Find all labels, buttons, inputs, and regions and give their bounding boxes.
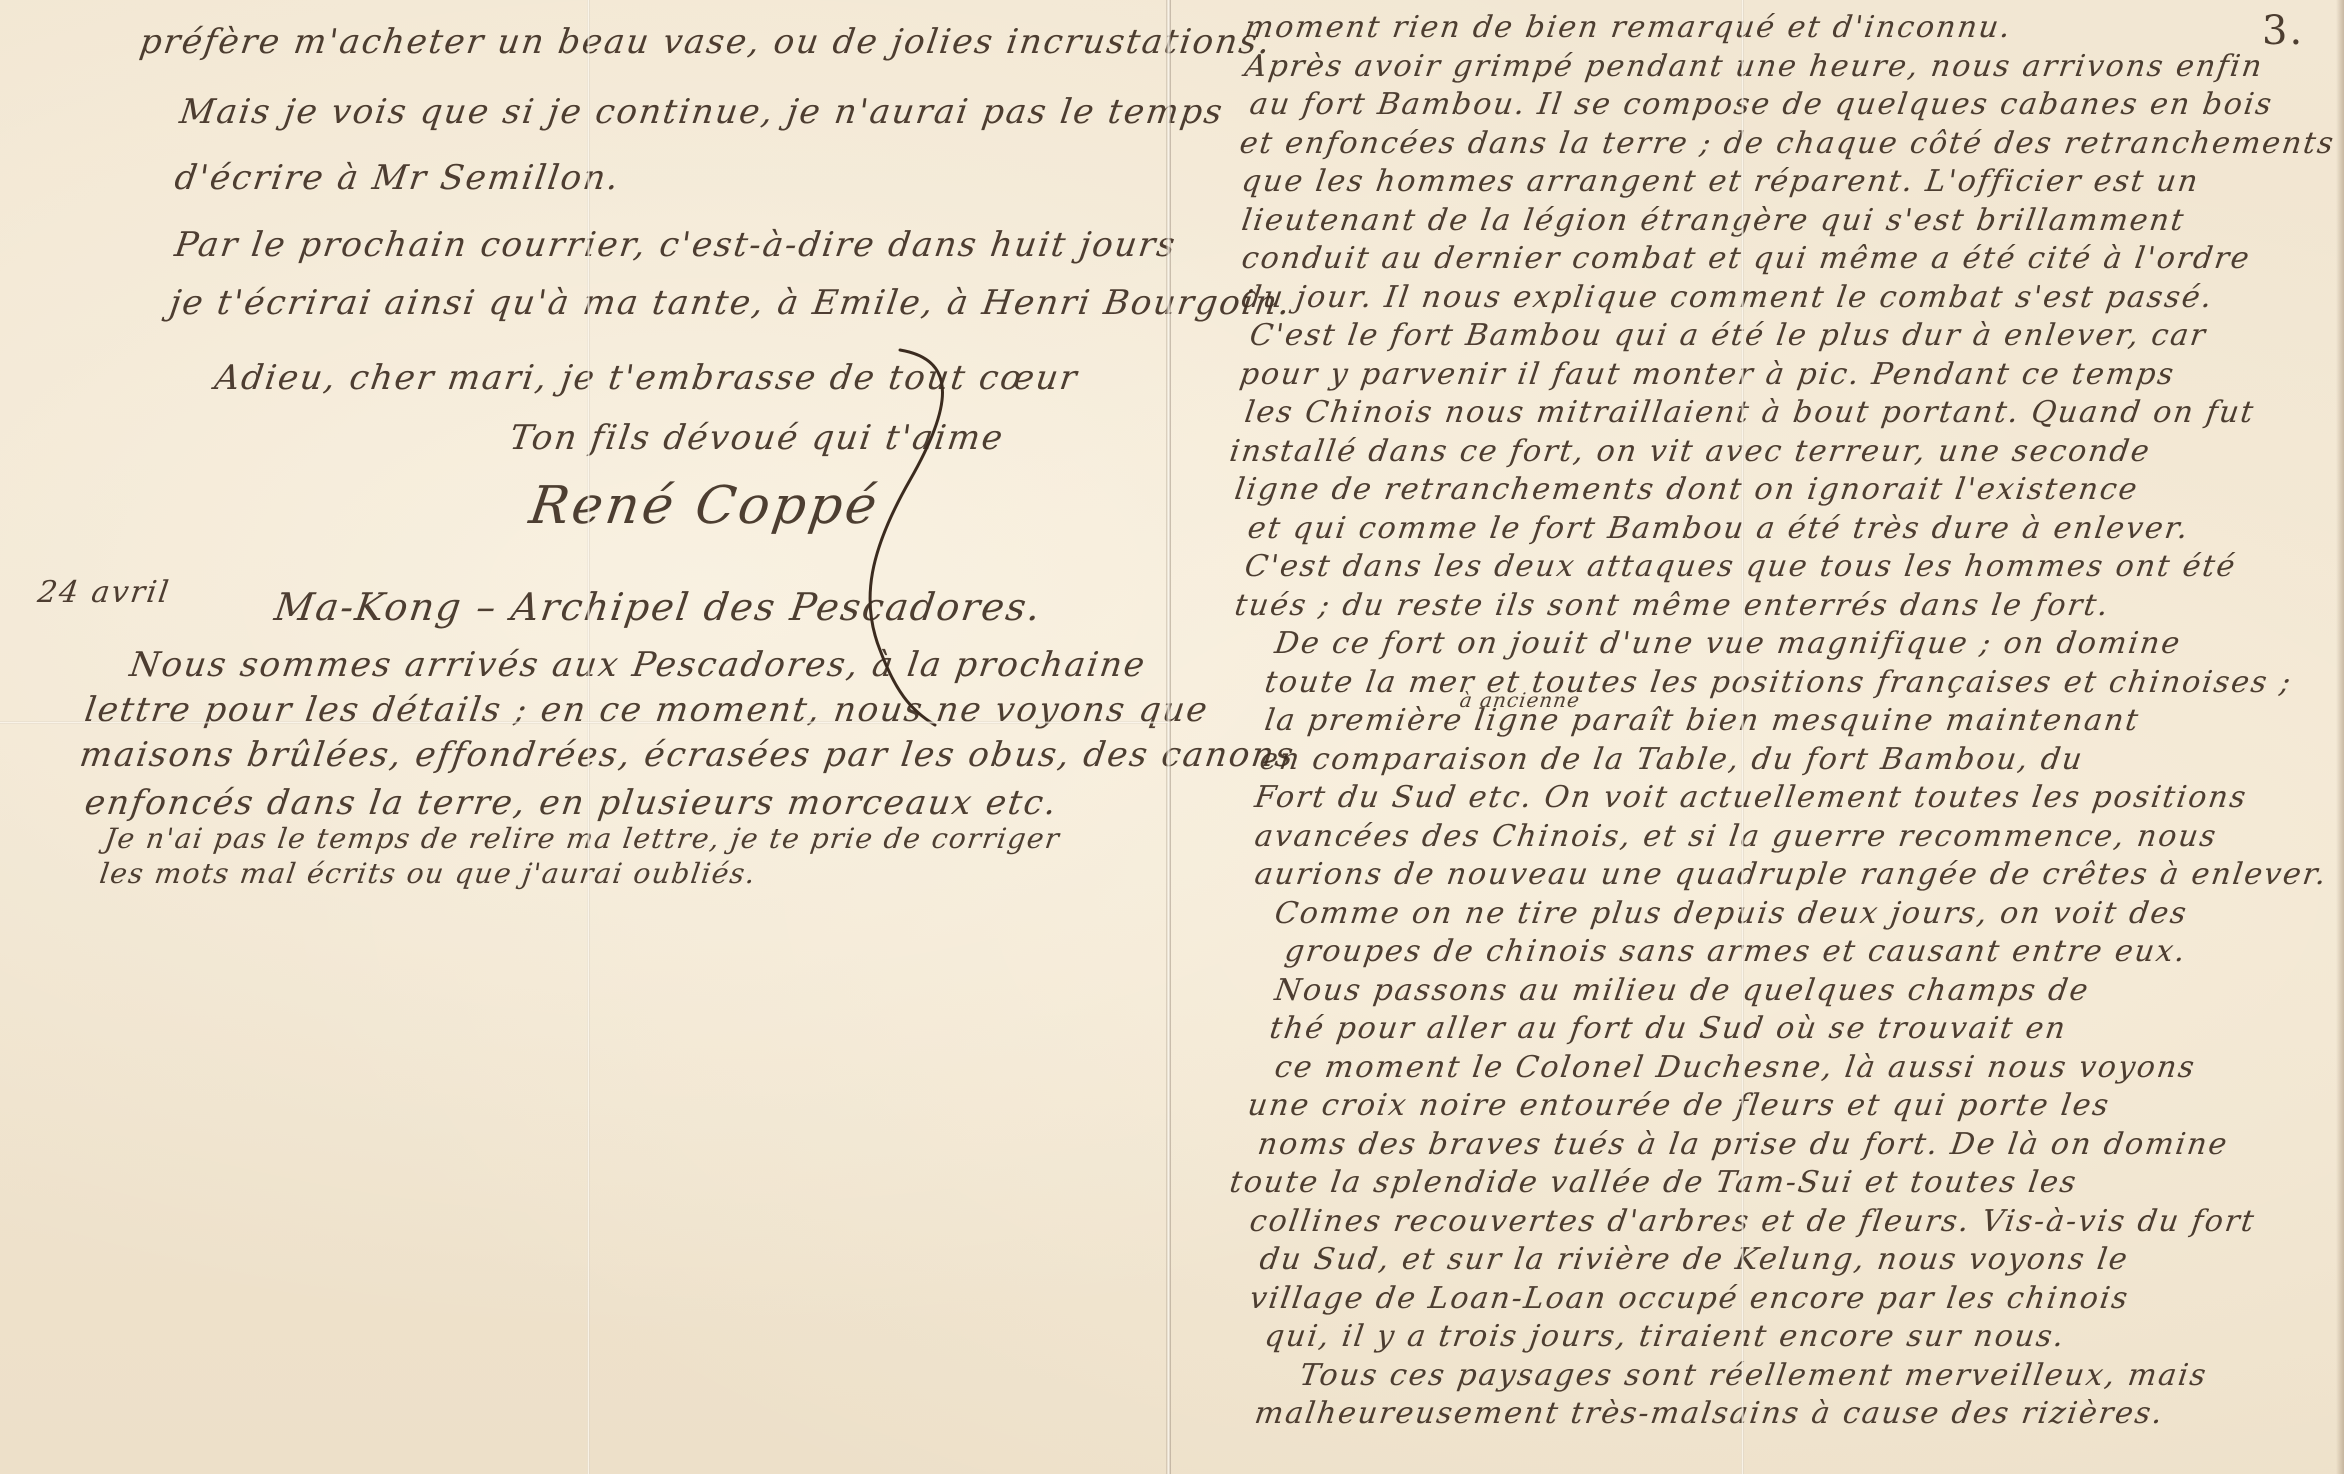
letter-scan: préfère m'acheter un beau vase, ou de jo… <box>0 0 2344 1474</box>
text-line: avancées des Chinois, et si la guerre re… <box>1253 819 2220 854</box>
text-line: malheureusement très-malsains à cause de… <box>1253 1396 2167 1431</box>
text-line: lieutenant de la légion étrangère qui s'… <box>1240 203 2188 238</box>
text-line: Nous passons au milieu de quelques champ… <box>1273 973 2092 1008</box>
text-line: en comparaison de la Table, du fort Bamb… <box>1258 742 2086 777</box>
text-line: au fort Bambou. Il se compose de quelque… <box>1248 87 2276 122</box>
text-line: que les hommes arrangent et réparent. L'… <box>1240 164 2202 199</box>
text-line: d'écrire à Mr Semillon. <box>172 158 623 198</box>
text-line: installé dans ce fort, on vit avec terre… <box>1228 434 2154 469</box>
text-line: moment rien de bien remarqué et d'inconn… <box>1243 10 2015 45</box>
text-line: je t'écrirai ainsi qu'à ma tante, à Emil… <box>167 283 1294 323</box>
text-line: et enfoncées dans la terre ; de chaque c… <box>1238 126 2338 161</box>
text-line: C'est le fort Bambou qui a été le plus d… <box>1248 318 2210 353</box>
paper-fold <box>1741 0 1744 1474</box>
text-line: thé pour aller au fort du Sud où se trou… <box>1268 1011 2070 1046</box>
text-line: la première ligne paraît bien mesquine m… <box>1263 703 2143 738</box>
text-line: Fort du Sud etc. On voit actuellement to… <box>1253 780 2250 815</box>
text-line: collines recouvertes d'arbres et de fleu… <box>1248 1204 2258 1239</box>
text-line: ce moment le Colonel Duchesne, là aussi … <box>1273 1050 2199 1085</box>
text-line: pour y parvenir il faut monter à pic. Pe… <box>1238 357 2178 392</box>
text-line: aurions de nouveau une quadruple rangée … <box>1253 857 2330 892</box>
text-line: toute la splendide vallée de Tam-Sui et … <box>1228 1165 2080 1200</box>
page-number: 3. <box>2262 8 2304 54</box>
text-line: toute la mer et toutes les positions fra… <box>1263 665 2295 700</box>
text-line: une croix noire entourée de fleurs et qu… <box>1246 1088 2113 1123</box>
signature: René Coppé <box>526 476 884 536</box>
text-line: groupes de chinois sans armes et causant… <box>1283 934 2190 969</box>
text-line: Après avoir grimpé pendant une heure, no… <box>1243 49 2266 84</box>
text-line: et qui comme le fort Bambou a été très d… <box>1246 511 2192 546</box>
right-page: 3. moment rien de bien remarqué et d'inc… <box>1170 0 2344 1474</box>
text-line: Tous ces paysages sont réellement mervei… <box>1298 1358 2210 1393</box>
text-line: Je n'ai pas le temps de relire ma lettre… <box>103 822 1063 855</box>
text-line: Par le prochain courrier, c'est-à-dire d… <box>172 225 1179 265</box>
text-line: ligne de retranchements dont on ignorait… <box>1233 472 2141 507</box>
paper-fold <box>587 0 590 1474</box>
text-line: du Sud, et sur la rivière de Kelung, nou… <box>1258 1242 2132 1277</box>
text-line: maisons brûlées, effondrées, écrasées pa… <box>77 735 1297 775</box>
location-heading: Ma-Kong – Archipel des Pescadores. <box>272 585 1045 629</box>
text-line: conduit au dernier combat et qui même a … <box>1240 241 2254 276</box>
text-line: du jour. Il nous explique comment le com… <box>1240 280 2216 315</box>
text-line: les Chinois nous mitraillaient à bout po… <box>1243 395 2258 430</box>
text-line: tués ; du reste ils sont même enterrés d… <box>1233 588 2113 623</box>
text-line: lettre pour les détails ; en ce moment, … <box>82 690 1211 730</box>
text-line: Mais je vois que si je continue, je n'au… <box>177 92 1226 132</box>
text-line: qui, il y a trois jours, tiraient encore… <box>1263 1319 2068 1354</box>
text-line: Nous sommes arrivés aux Pescadores, à la… <box>127 645 1149 685</box>
text-line: enfoncés dans la terre, en plusieurs mor… <box>82 783 1060 823</box>
page-edge <box>2336 0 2344 1474</box>
date-label: 24 avril <box>36 575 173 610</box>
text-line: village de Loan-Loan occupé encore par l… <box>1248 1281 2132 1316</box>
text-line: préfère m'acheter un beau vase, ou de jo… <box>137 22 1274 62</box>
text-line: les mots mal écrits ou que j'aurai oubli… <box>98 857 759 890</box>
center-fold <box>1166 0 1171 1474</box>
paper-fold <box>0 721 1168 724</box>
text-line: Comme on ne tire plus depuis deux jours,… <box>1273 896 2191 931</box>
left-page: préfère m'acheter un beau vase, ou de jo… <box>0 0 1168 1474</box>
text-line: De ce fort on jouit d'une vue magnifique… <box>1273 626 2184 661</box>
